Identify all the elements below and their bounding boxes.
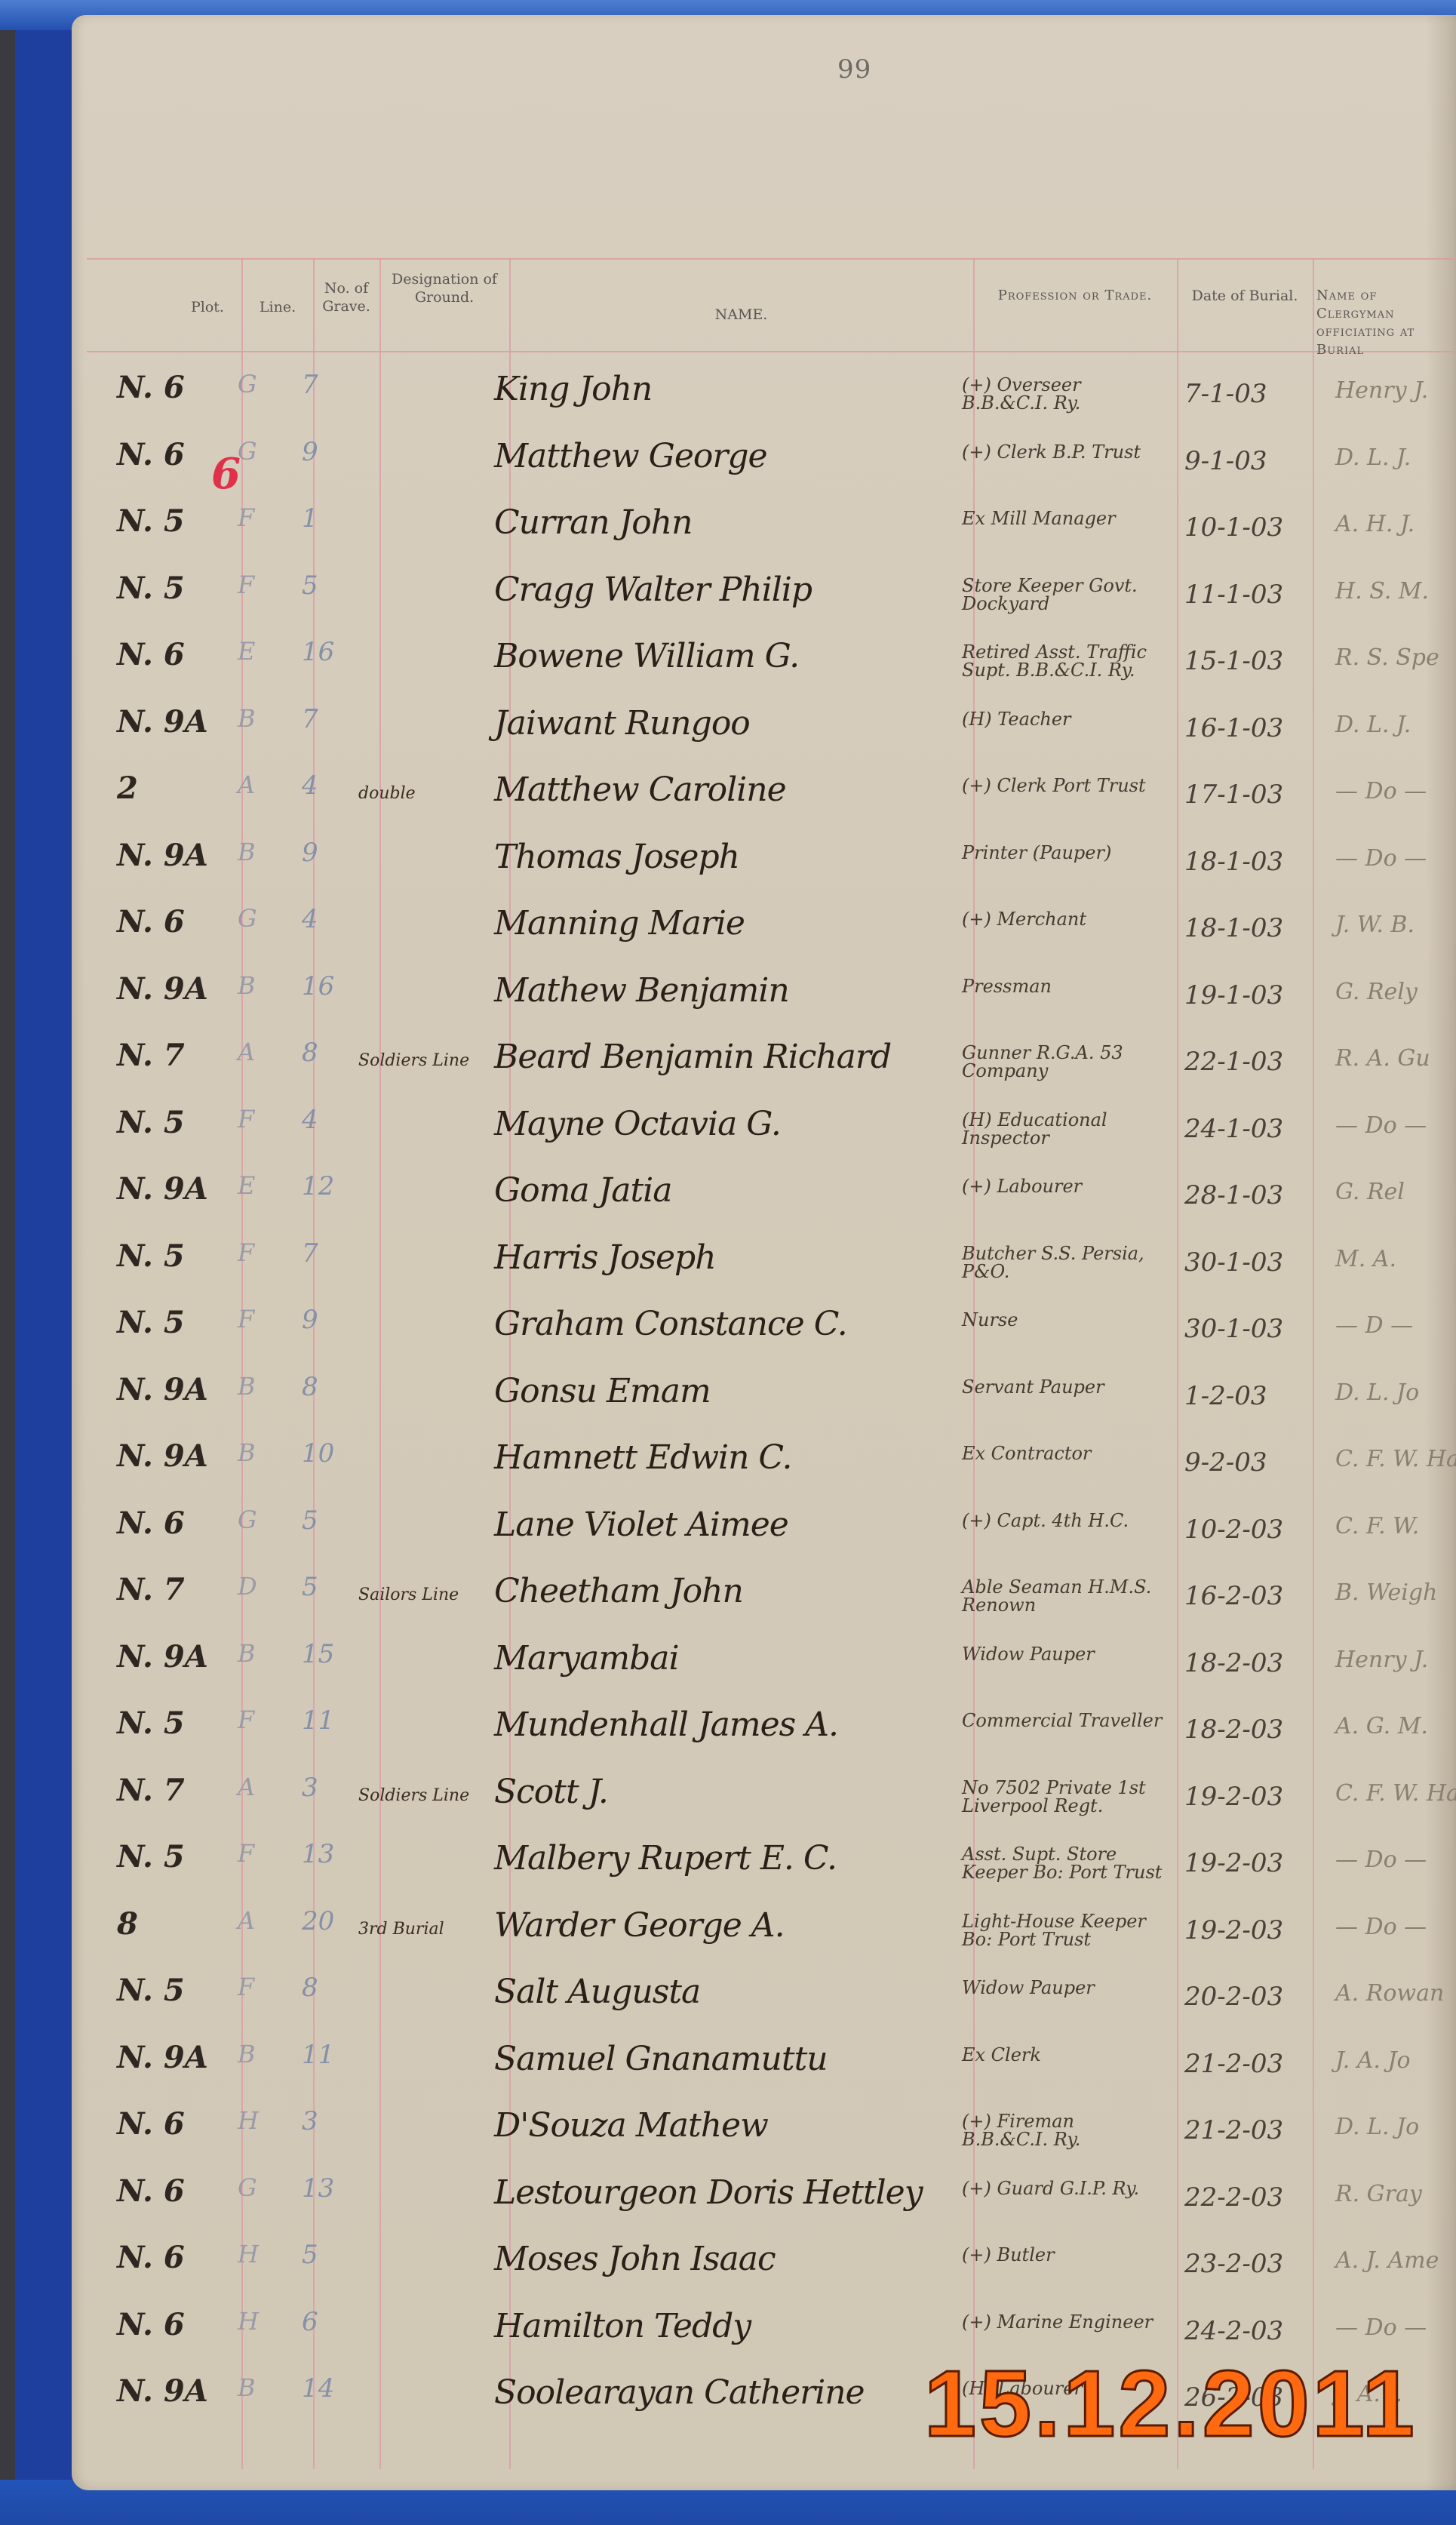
- table-row: N. 9AE12Goma Jatia(+) Labourer28-1-03G. …: [72, 1171, 1456, 1224]
- table-row: N. 5F7Harris JosephButcher S.S. Persia, …: [72, 1238, 1456, 1291]
- officiant-cell: H. S. M.: [1335, 578, 1429, 604]
- officiant-cell: — Do —: [1335, 778, 1427, 804]
- profession-cell: (+) Clerk Port Trust: [962, 777, 1166, 795]
- profession-cell: Light-House Keeper Bo: Port Trust: [962, 1912, 1166, 1948]
- officiant-cell: Henry J.: [1335, 1647, 1428, 1673]
- name-cell: Mundenhall James A.: [494, 1705, 838, 1744]
- table-row: 2A4doubleMatthew Caroline(+) Clerk Port …: [72, 770, 1456, 823]
- profession-cell: (+) Guard G.I.P. Ry.: [962, 2179, 1166, 2197]
- officiant-cell: — Do —: [1335, 1112, 1427, 1139]
- table-row: N. 9AB8Gonsu EmamServant Pauper1-2-03D. …: [72, 1372, 1456, 1425]
- grave-number-cell: 8: [302, 1038, 318, 1068]
- name-cell: Bowene William G.: [494, 637, 799, 675]
- plot-cell: 2: [117, 770, 138, 806]
- grave-number-cell: 5: [302, 1572, 318, 1602]
- officiant-cell: J. A. Jo: [1335, 2047, 1411, 2074]
- grave-number-cell: 7: [302, 1238, 318, 1269]
- officiant-cell: — Do —: [1335, 1847, 1427, 1873]
- ledger-page: 99 Plot. Line. No. of Grave. Designation…: [72, 15, 1456, 2490]
- line-cell: G: [238, 370, 257, 398]
- grave-number-cell: 8: [302, 1372, 318, 1402]
- line-cell: F: [238, 1105, 254, 1133]
- plot-cell: N. 6: [117, 1505, 185, 1541]
- name-cell: Gonsu Emam: [494, 1372, 711, 1410]
- name-cell: Curran John: [494, 503, 692, 542]
- table-row: N. 9AB9Thomas JosephPrinter (Pauper)18-1…: [72, 838, 1456, 890]
- officiant-cell: — D —: [1335, 1312, 1413, 1339]
- line-cell: B: [238, 704, 256, 733]
- table-row: N. 6E16Bowene William G.Retired Asst. Tr…: [72, 637, 1456, 690]
- profession-cell: Butcher S.S. Persia, P&O.: [962, 1244, 1166, 1281]
- profession-cell: (H) Teacher: [962, 710, 1166, 728]
- burial-date-cell: 18-2-03: [1184, 1715, 1283, 1745]
- line-cell: A: [238, 1038, 255, 1066]
- header-ground: Designation of Ground.: [381, 270, 508, 306]
- burial-date-cell: 18-1-03: [1184, 913, 1283, 943]
- grave-number-cell: 4: [302, 770, 318, 801]
- plot-cell: N. 6: [117, 2307, 185, 2342]
- profession-cell: Widow Pauper: [962, 1645, 1166, 1663]
- grave-number-cell: 7: [302, 370, 318, 400]
- burial-date-cell: 18-2-03: [1184, 1648, 1283, 1678]
- grave-number-cell: 16: [302, 637, 334, 667]
- grave-number-cell: 3: [302, 1773, 318, 1803]
- grave-number-cell: 11: [302, 1705, 334, 1736]
- plot-cell: N. 5: [117, 1238, 185, 1274]
- table-row: N. 6G4Manning Marie(+) Merchant18-1-03J.…: [72, 904, 1456, 957]
- table-row: N. 5F8Salt AugustaWidow Pauper20-2-03A. …: [72, 1973, 1456, 2025]
- plot-cell: N. 7: [117, 1773, 185, 1808]
- name-cell: Soolearayan Catherine: [494, 2373, 865, 2412]
- table-row: N. 9AB16Mathew BenjaminPressman19-1-03G.…: [72, 971, 1456, 1024]
- name-cell: Beard Benjamin Richard: [494, 1038, 891, 1076]
- profession-cell: No 7502 Private 1st Liverpool Regt.: [962, 1779, 1166, 1815]
- profession-cell: (+) Capt. 4th H.C.: [962, 1512, 1166, 1530]
- ground-designation-cell: 3rd Burial: [358, 1920, 444, 1939]
- officiant-cell: G. Rely: [1335, 979, 1418, 1005]
- name-cell: Goma Jatia: [494, 1171, 671, 1210]
- grave-number-cell: 3: [302, 2106, 318, 2136]
- burial-date-cell: 15-1-03: [1184, 646, 1283, 676]
- plot-cell: N. 5: [117, 1839, 185, 1875]
- plot-cell: N. 9A: [117, 2373, 208, 2409]
- burial-date-cell: 18-1-03: [1184, 847, 1283, 877]
- name-cell: Matthew George: [494, 437, 767, 475]
- header-top-rule: [87, 258, 1456, 260]
- burial-date-cell: 28-1-03: [1184, 1180, 1283, 1210]
- burial-date-cell: 1-2-03: [1184, 1381, 1267, 1411]
- line-cell: F: [238, 1839, 254, 1868]
- name-cell: D'Souza Mathew: [494, 2106, 768, 2145]
- ground-designation-cell: Sailors Line: [358, 1585, 459, 1604]
- burial-date-cell: 9-2-03: [1184, 1447, 1267, 1478]
- grave-number-cell: 13: [302, 2173, 334, 2204]
- plot-cell: N. 5: [117, 571, 185, 606]
- line-cell: B: [238, 1639, 256, 1668]
- name-cell: Cragg Walter Philip: [494, 571, 812, 609]
- line-cell: H: [238, 2307, 259, 2336]
- plot-cell: N. 6: [117, 2240, 185, 2275]
- header-grave: No. of Grave.: [315, 279, 378, 315]
- header-profession: Profession or Trade.: [975, 287, 1175, 305]
- name-cell: Jaiwant Rungoo: [494, 704, 750, 743]
- plot-cell: N. 9A: [117, 971, 208, 1007]
- profession-cell: Servant Pauper: [962, 1378, 1166, 1396]
- header-date: Date of Burial.: [1178, 287, 1311, 305]
- page-number: 99: [837, 54, 871, 85]
- header-bottom-rule: [87, 351, 1456, 352]
- profession-cell: Ex Mill Manager: [962, 509, 1166, 527]
- burial-date-cell: 19-2-03: [1184, 1915, 1283, 1945]
- grave-number-cell: 9: [302, 838, 318, 868]
- grave-number-cell: 9: [302, 437, 318, 467]
- line-cell: D: [238, 1572, 257, 1601]
- line-cell: B: [238, 1438, 256, 1467]
- name-cell: Manning Marie: [494, 904, 745, 943]
- line-cell: A: [238, 1906, 255, 1935]
- grave-number-cell: 14: [302, 2373, 334, 2404]
- name-cell: Scott J.: [494, 1773, 608, 1811]
- table-row: N. 5F9Graham Constance C.Nurse30-1-03— D…: [72, 1305, 1456, 1358]
- grave-number-cell: 12: [302, 1171, 334, 1201]
- name-cell: Hamnett Edwin C.: [494, 1438, 791, 1477]
- plot-cell: N. 9A: [117, 1639, 208, 1675]
- burial-date-cell: 19-2-03: [1184, 1782, 1283, 1812]
- table-row: N. 7A8Soldiers LineBeard Benjamin Richar…: [72, 1038, 1456, 1090]
- name-cell: King John: [494, 370, 652, 408]
- table-row: N. 5F11Mundenhall James A.Commercial Tra…: [72, 1705, 1456, 1758]
- line-cell: H: [238, 2240, 259, 2268]
- plot-cell: N. 6: [117, 437, 185, 472]
- burial-date-cell: 7-1-03: [1184, 379, 1267, 409]
- line-cell: F: [238, 1973, 254, 2001]
- name-cell: Mayne Octavia G.: [494, 1105, 781, 1143]
- camera-date-stamp: 15.12.2011: [924, 2351, 1418, 2458]
- officiant-cell: B. Weigh: [1335, 1579, 1437, 1606]
- name-cell: Cheetham John: [494, 1572, 743, 1610]
- table-row: N. 6G7King John(+) Overseer B.B.&C.I. Ry…: [72, 370, 1456, 423]
- line-cell: E: [238, 637, 255, 666]
- plot-cell: N. 9A: [117, 704, 208, 740]
- red-correction-six: 6: [211, 449, 241, 499]
- plot-cell: N. 5: [117, 1105, 185, 1140]
- plot-cell: N. 9A: [117, 1171, 208, 1207]
- officiant-cell: D. L. Jo: [1335, 1379, 1419, 1406]
- line-cell: B: [238, 2040, 256, 2068]
- ground-designation-cell: Soldiers Line: [358, 1051, 469, 1070]
- burial-date-cell: 11-1-03: [1184, 580, 1283, 610]
- table-row: N. 5F4Mayne Octavia G.(H) Educational In…: [72, 1105, 1456, 1158]
- burial-date-cell: 10-2-03: [1184, 1515, 1283, 1545]
- profession-cell: Pressman: [962, 977, 1166, 995]
- table-row: N. 6G13Lestourgeon Doris Hettley(+) Guar…: [72, 2173, 1456, 2226]
- plot-cell: N. 9A: [117, 1372, 208, 1407]
- officiant-cell: M. A.: [1335, 1246, 1396, 1272]
- grave-number-cell: 4: [302, 904, 318, 934]
- burial-date-cell: 16-1-03: [1184, 713, 1283, 743]
- line-cell: B: [238, 838, 256, 866]
- grave-number-cell: 1: [302, 503, 318, 534]
- burial-date-cell: 16-2-03: [1184, 1581, 1283, 1611]
- name-cell: Thomas Joseph: [494, 838, 739, 876]
- officiant-cell: D. L. J.: [1335, 444, 1411, 471]
- line-cell: B: [238, 1372, 256, 1401]
- table-row: N. 6G5Lane Violet Aimee(+) Capt. 4th H.C…: [72, 1505, 1456, 1558]
- profession-cell: (+) Merchant: [962, 910, 1166, 928]
- name-cell: Salt Augusta: [494, 1973, 700, 2011]
- officiant-cell: A. G. M.: [1335, 1713, 1428, 1739]
- name-cell: Mathew Benjamin: [494, 971, 789, 1010]
- profession-cell: Commercial Traveller: [962, 1712, 1166, 1730]
- table-row: N. 7D5Sailors LineCheetham JohnAble Seam…: [72, 1572, 1456, 1625]
- officiant-cell: J. W. B.: [1335, 912, 1415, 938]
- officiant-cell: R. A. Gu: [1335, 1045, 1430, 1072]
- line-cell: A: [238, 1773, 255, 1801]
- line-cell: F: [238, 1238, 254, 1267]
- plot-cell: N. 9A: [117, 2040, 208, 2075]
- plot-cell: 8: [117, 1906, 138, 1942]
- table-row: N. 9AB10Hamnett Edwin C.Ex Contractor9-2…: [72, 1438, 1456, 1491]
- officiant-cell: A. J. Ame: [1335, 2247, 1439, 2274]
- line-cell: B: [238, 2373, 256, 2402]
- officiant-cell: R. Gray: [1335, 2181, 1422, 2207]
- grave-number-cell: 5: [302, 2240, 318, 2270]
- profession-cell: (+) Fireman B.B.&C.I. Ry.: [962, 2112, 1166, 2148]
- table-row: N. 9AB11Samuel GnanamuttuEx Clerk21-2-03…: [72, 2040, 1456, 2093]
- officiant-cell: D. L. Jo: [1335, 2114, 1419, 2140]
- plot-cell: N. 6: [117, 370, 185, 405]
- officiant-cell: — Do —: [1335, 845, 1427, 872]
- plot-cell: N. 6: [117, 904, 185, 940]
- officiant-cell: — Do —: [1335, 2314, 1427, 2341]
- ground-designation-cell: double: [358, 784, 416, 803]
- plot-cell: N. 7: [117, 1572, 185, 1607]
- plot-cell: N. 5: [117, 1705, 185, 1741]
- header-name: NAME.: [509, 306, 973, 324]
- ground-designation-cell: Soldiers Line: [358, 1786, 469, 1805]
- burial-date-cell: 22-1-03: [1184, 1047, 1283, 1077]
- profession-cell: (+) Marine Engineer: [962, 2313, 1166, 2331]
- burial-date-cell: 21-2-03: [1184, 2049, 1283, 2079]
- name-cell: Moses John Isaac: [494, 2240, 776, 2278]
- header-officiant: Name of Clergyman officiating at Burial: [1316, 287, 1456, 359]
- plot-cell: N. 9A: [117, 838, 208, 873]
- table-row: N. 9AB7Jaiwant Rungoo(H) Teacher16-1-03D…: [72, 704, 1456, 757]
- profession-cell: (H) Educational Inspector: [962, 1111, 1166, 1147]
- name-cell: Maryambai: [494, 1639, 679, 1678]
- burial-date-cell: 21-2-03: [1184, 2115, 1283, 2145]
- line-cell: F: [238, 1705, 254, 1734]
- profession-cell: Widow Pauper: [962, 1979, 1166, 1997]
- plot-cell: N. 9A: [117, 1438, 208, 1474]
- officiant-cell: C. F. W.: [1335, 1513, 1419, 1539]
- grave-number-cell: 20: [302, 1906, 334, 1936]
- profession-cell: Ex Clerk: [962, 2046, 1166, 2064]
- table-row: N. 5F13Malbery Rupert E. C.Asst. Supt. S…: [72, 1839, 1456, 1892]
- grave-number-cell: 10: [302, 1438, 334, 1469]
- table-row: N. 9AB15MaryambaiWidow Pauper18-2-03Henr…: [72, 1639, 1456, 1692]
- grave-number-cell: 8: [302, 1973, 318, 2003]
- burial-date-cell: 19-2-03: [1184, 1848, 1283, 1878]
- grave-number-cell: 6: [302, 2307, 318, 2337]
- officiant-cell: R. S. Spe: [1335, 644, 1439, 671]
- officiant-cell: D. L. J.: [1335, 712, 1411, 738]
- profession-cell: Gunner R.G.A. 53 Company: [962, 1044, 1166, 1080]
- burial-date-cell: 24-1-03: [1184, 1114, 1283, 1144]
- plot-cell: N. 6: [117, 2173, 185, 2209]
- table-row: N. 6H3D'Souza Mathew(+) Fireman B.B.&C.I…: [72, 2106, 1456, 2159]
- officiant-cell: Henry J.: [1335, 377, 1428, 404]
- table-row: N. 5F5Cragg Walter PhilipStore Keeper Go…: [72, 571, 1456, 623]
- profession-cell: Store Keeper Govt. Dockyard: [962, 577, 1166, 613]
- grave-number-cell: 15: [302, 1639, 334, 1669]
- line-cell: A: [238, 770, 255, 799]
- plot-cell: N. 5: [117, 503, 185, 539]
- burial-date-cell: 19-1-03: [1184, 980, 1283, 1010]
- profession-cell: Ex Contractor: [962, 1444, 1166, 1462]
- grave-number-cell: 5: [302, 1505, 318, 1536]
- line-cell: E: [238, 1171, 255, 1200]
- line-cell: G: [238, 1505, 257, 1534]
- profession-cell: (+) Clerk B.P. Trust: [962, 443, 1166, 461]
- burial-date-cell: 23-2-03: [1184, 2249, 1283, 2279]
- grave-number-cell: 9: [302, 1305, 318, 1335]
- burial-date-cell: 17-1-03: [1184, 780, 1283, 810]
- burial-date-cell: 22-2-03: [1184, 2182, 1283, 2213]
- profession-cell: Able Seaman H.M.S. Renown: [962, 1578, 1166, 1614]
- line-cell: G: [238, 2173, 257, 2202]
- table-row: N. 5F1Curran JohnEx Mill Manager10-1-03A…: [72, 503, 1456, 556]
- profession-cell: Printer (Pauper): [962, 844, 1166, 862]
- name-cell: Samuel Gnanamuttu: [494, 2040, 828, 2078]
- table-row: N. 7A3Soldiers LineScott J.No 7502 Priva…: [72, 1773, 1456, 1825]
- plot-cell: N. 6: [117, 2106, 185, 2142]
- burial-date-cell: 10-1-03: [1184, 512, 1283, 543]
- profession-cell: (+) Butler: [962, 2246, 1166, 2264]
- header-line: Line.: [244, 298, 312, 316]
- burial-date-cell: 9-1-03: [1184, 446, 1267, 476]
- burial-date-cell: 20-2-03: [1184, 1982, 1283, 2012]
- officiant-cell: C. F. W. Ha: [1335, 1780, 1456, 1807]
- burial-date-cell: 30-1-03: [1184, 1314, 1283, 1344]
- name-cell: Malbery Rupert E. C.: [494, 1839, 837, 1878]
- officiant-cell: A. Rowan: [1335, 1980, 1444, 2007]
- profession-cell: (+) Labourer: [962, 1177, 1166, 1195]
- officiant-cell: A. H. J.: [1335, 511, 1415, 537]
- name-cell: Matthew Caroline: [494, 770, 786, 809]
- plot-cell: N. 6: [117, 637, 185, 672]
- burial-date-cell: 24-2-03: [1184, 2316, 1283, 2346]
- officiant-cell: G. Rel: [1335, 1179, 1405, 1205]
- grave-number-cell: 4: [302, 1105, 318, 1135]
- table-row: N. 6H5Moses John Isaac(+) Butler23-2-03A…: [72, 2240, 1456, 2293]
- grave-number-cell: 13: [302, 1839, 334, 1869]
- name-cell: Harris Joseph: [494, 1238, 716, 1277]
- line-cell: F: [238, 1305, 254, 1333]
- table-row: N. 6G9Matthew George(+) Clerk B.P. Trust…: [72, 437, 1456, 490]
- name-cell: Lestourgeon Doris Hettley: [494, 2173, 923, 2212]
- profession-cell: Asst. Supt. Store Keeper Bo: Port Trust: [962, 1845, 1166, 1881]
- line-cell: F: [238, 503, 254, 532]
- table-row: 8A203rd BurialWarder George A.Light-Hous…: [72, 1906, 1456, 1959]
- line-cell: H: [238, 2106, 259, 2135]
- header-plot: Plot.: [177, 298, 238, 316]
- name-cell: Graham Constance C.: [494, 1305, 847, 1343]
- plot-cell: N. 5: [117, 1973, 185, 2008]
- name-cell: Hamilton Teddy: [494, 2307, 751, 2345]
- grave-number-cell: 7: [302, 704, 318, 734]
- line-cell: G: [238, 904, 257, 933]
- name-cell: Warder George A.: [494, 1906, 785, 1945]
- plot-cell: N. 5: [117, 1305, 185, 1340]
- book-cover-left: [0, 0, 83, 2525]
- profession-cell: (+) Overseer B.B.&C.I. Ry.: [962, 376, 1166, 412]
- profession-cell: Nurse: [962, 1311, 1166, 1329]
- line-cell: B: [238, 971, 256, 1000]
- burial-date-cell: 30-1-03: [1184, 1247, 1283, 1278]
- line-cell: F: [238, 571, 254, 599]
- plot-cell: N. 7: [117, 1038, 185, 1073]
- grave-number-cell: 5: [302, 571, 318, 601]
- grave-number-cell: 11: [302, 2040, 334, 2070]
- name-cell: Lane Violet Aimee: [494, 1505, 788, 1544]
- officiant-cell: — Do —: [1335, 1914, 1427, 1940]
- grave-number-cell: 16: [302, 971, 334, 1001]
- profession-cell: Retired Asst. Traffic Supt. B.B.&C.I. Ry…: [962, 643, 1166, 679]
- officiant-cell: C. F. W. Ha: [1335, 1446, 1456, 1472]
